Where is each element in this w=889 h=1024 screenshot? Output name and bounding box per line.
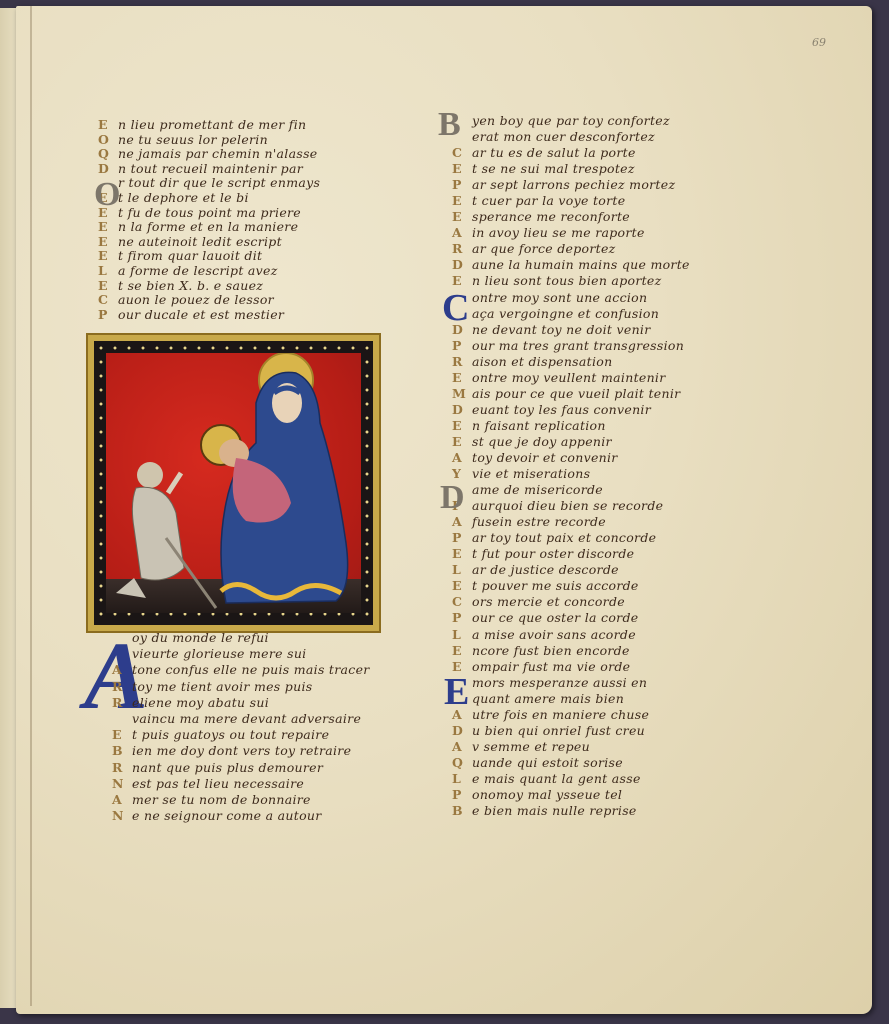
text-line: Autre fois en maniere chuse bbox=[452, 707, 690, 723]
text-line: Yvie et miserations bbox=[452, 466, 690, 482]
line-initial: P bbox=[452, 610, 472, 626]
line-text: utre fois en maniere chuse bbox=[472, 707, 649, 722]
line-text: euant toy les faus convenir bbox=[472, 402, 651, 417]
large-initial-d: D bbox=[440, 479, 465, 517]
left-column-top-text: En lieu promettant de mer finOne tu seuu… bbox=[98, 117, 320, 321]
text-line: Daune la humain mains que morte bbox=[452, 257, 690, 273]
text-line: Du bien qui onriel fust creu bbox=[452, 723, 690, 739]
line-text: t firom quar lauoit dit bbox=[118, 248, 262, 263]
text-line: Quande qui estoit sorise bbox=[452, 755, 690, 771]
line-initial: D bbox=[452, 723, 472, 739]
text-line: Dne devant toy ne doit venir bbox=[452, 322, 690, 338]
line-initial: E bbox=[452, 643, 472, 659]
line-initial: R bbox=[112, 695, 132, 711]
line-text: tone confus elle ne puis mais tracer bbox=[132, 662, 370, 677]
text-line: Be bien mais nulle reprise bbox=[452, 803, 690, 819]
line-text: vie et miserations bbox=[472, 466, 590, 481]
line-initial: E bbox=[452, 434, 472, 450]
line-initial: E bbox=[452, 193, 472, 209]
line-text: t cuer par la voye torte bbox=[472, 193, 625, 208]
line-initial: R bbox=[112, 679, 132, 695]
line-initial: P bbox=[452, 338, 472, 354]
line-text: quant amere mais bien bbox=[472, 691, 624, 706]
text-line: oy du monde le refui bbox=[112, 630, 370, 646]
line-text: aça vergoingne et confusion bbox=[472, 306, 659, 321]
text-line: Eompair fust ma vie orde bbox=[452, 659, 690, 675]
text-line: Et puis guatoys ou tout repaire bbox=[112, 727, 370, 743]
line-text: ar de justice descorde bbox=[472, 562, 619, 577]
line-initial: A bbox=[452, 450, 472, 466]
text-line: yen boy que par toy confortez bbox=[452, 113, 690, 129]
text-line: r tout dir que le script enmays bbox=[98, 175, 320, 190]
text-line: Atoy devoir et convenir bbox=[452, 450, 690, 466]
line-initial: Q bbox=[452, 755, 472, 771]
line-text: mors mesperanze aussi en bbox=[472, 675, 647, 690]
text-line: Ne ne seignour come a autour bbox=[112, 808, 370, 824]
line-text: t se bien X. b. e sauez bbox=[118, 278, 263, 293]
line-initial: M bbox=[452, 386, 472, 402]
text-line: Et se ne sui mal trespotez bbox=[452, 161, 690, 177]
text-line: quant amere mais bien bbox=[452, 691, 690, 707]
line-initial: E bbox=[98, 117, 118, 133]
line-initial: L bbox=[452, 627, 472, 643]
text-line: erat mon cuer desconfortez bbox=[452, 129, 690, 145]
large-initial-b: B bbox=[438, 106, 461, 144]
line-text: ien me doy dont vers toy retraire bbox=[132, 743, 351, 758]
line-initial: C bbox=[452, 594, 472, 610]
line-text: mer se tu nom de bonnaire bbox=[132, 792, 311, 807]
line-text: n faisant replication bbox=[472, 418, 606, 433]
line-text: ame de misericorde bbox=[472, 482, 603, 497]
line-initial: A bbox=[452, 225, 472, 241]
line-text: est pas tel lieu necessaire bbox=[132, 776, 304, 791]
line-initial: E bbox=[452, 578, 472, 594]
text-line: Nest pas tel lieu necessaire bbox=[112, 776, 370, 792]
text-line: Qne jamais par chemin n'alasse bbox=[98, 146, 320, 161]
line-text: ontre moy sont une accion bbox=[472, 290, 647, 305]
text-line: Dn tout recueil maintenir par bbox=[98, 161, 320, 176]
line-text: t fut pour oster discorde bbox=[472, 546, 634, 561]
line-text: v semme et repeu bbox=[472, 739, 590, 754]
text-line: En la forme et en la maniere bbox=[98, 219, 320, 234]
line-text: u bien qui onriel fust creu bbox=[472, 723, 645, 738]
line-text: t pouver me suis accorde bbox=[472, 578, 639, 593]
line-text: ne jamais par chemin n'alasse bbox=[118, 146, 317, 161]
line-text: t puis guatoys ou tout repaire bbox=[132, 727, 329, 742]
text-line: Amer se tu nom de bonnaire bbox=[112, 792, 370, 808]
line-initial: E bbox=[112, 727, 132, 743]
text-line: Et cuer par la voye torte bbox=[452, 193, 690, 209]
line-initial: A bbox=[112, 662, 132, 678]
line-initial: E bbox=[98, 234, 118, 250]
text-line: Par sept larrons pechiez mortez bbox=[452, 177, 690, 193]
text-line: Ene auteinoit ledit escript bbox=[98, 234, 320, 249]
line-initial: C bbox=[452, 145, 472, 161]
line-text: ar tu es de salut la porte bbox=[472, 145, 636, 160]
line-text: our ma tres grant transgression bbox=[472, 338, 684, 353]
text-line: Mais pour ce que vueil plait tenir bbox=[452, 386, 690, 402]
line-initial: R bbox=[452, 241, 472, 257]
text-line: Rtoy me tient avoir mes puis bbox=[112, 679, 370, 695]
line-text: in avoy lieu se me raporte bbox=[472, 225, 645, 240]
text-line: Et fu de tous point ma priere bbox=[98, 205, 320, 220]
line-initial: A bbox=[452, 739, 472, 755]
line-text: ar que force deportez bbox=[472, 241, 616, 256]
line-text: e ne seignour come a autour bbox=[132, 808, 322, 823]
text-line: Par toy tout paix et concorde bbox=[452, 530, 690, 546]
line-initial: A bbox=[112, 792, 132, 808]
line-text: ar toy tout paix et concorde bbox=[472, 530, 656, 545]
right-column-text: yen boy que par toy confortezerat mon cu… bbox=[452, 113, 690, 819]
text-line: Et se bien X. b. e sauez bbox=[98, 278, 320, 293]
line-text: our ce que oster la corde bbox=[472, 610, 638, 625]
line-initial: E bbox=[98, 278, 118, 294]
text-line: Et firom quar lauoit dit bbox=[98, 248, 320, 263]
text-line: Rar que force deportez bbox=[452, 241, 690, 257]
line-text: sperance me reconforte bbox=[472, 209, 630, 224]
large-initial-o: O bbox=[94, 176, 120, 214]
text-line: En lieu promettant de mer fin bbox=[98, 117, 320, 132]
line-text: n lieu promettant de mer fin bbox=[118, 117, 306, 132]
text-line: Ponomoy mal ysseue tel bbox=[452, 787, 690, 803]
miniature-figures-icon bbox=[106, 353, 365, 617]
line-initial: O bbox=[98, 132, 118, 148]
text-line: Eontre moy veullent maintenir bbox=[452, 370, 690, 386]
line-text: e mais quant la gent asse bbox=[472, 771, 641, 786]
line-text: ar sept larrons pechiez mortez bbox=[472, 177, 675, 192]
line-text: aison et dispensation bbox=[472, 354, 612, 369]
text-line: mors mesperanze aussi en bbox=[452, 675, 690, 691]
line-initial: N bbox=[112, 808, 132, 824]
text-line: Paurquoi dieu bien se recorde bbox=[452, 498, 690, 514]
text-line: One tu seuus lor pelerin bbox=[98, 132, 320, 147]
line-text: ais pour ce que vueil plait tenir bbox=[472, 386, 680, 401]
line-initial: P bbox=[452, 530, 472, 546]
text-line: vieurte glorieuse mere sui bbox=[112, 646, 370, 662]
line-text: erat mon cuer desconfortez bbox=[472, 129, 655, 144]
line-text: ncore fust bien encorde bbox=[472, 643, 630, 658]
line-initial: D bbox=[452, 257, 472, 273]
line-initial: B bbox=[452, 803, 472, 819]
line-initial: E bbox=[452, 161, 472, 177]
line-text: eliene moy abatu sui bbox=[132, 695, 269, 710]
line-text: toy me tient avoir mes puis bbox=[132, 679, 312, 694]
line-text: t fu de tous point ma priere bbox=[118, 205, 301, 220]
line-initial: E bbox=[98, 248, 118, 264]
line-text: e bien mais nulle reprise bbox=[472, 803, 637, 818]
line-text: ompair fust ma vie orde bbox=[472, 659, 630, 674]
large-initial-e-blue: E bbox=[444, 670, 469, 714]
text-line: Av semme et repeu bbox=[452, 739, 690, 755]
line-initial: D bbox=[98, 161, 118, 177]
text-line: La forme de lescript avez bbox=[98, 263, 320, 278]
text-line: La mise avoir sans acorde bbox=[452, 627, 690, 643]
text-line: Et pouver me suis accorde bbox=[452, 578, 690, 594]
line-text: yen boy que par toy confortez bbox=[472, 113, 670, 128]
line-initial: L bbox=[98, 263, 118, 279]
line-text: ontre moy veullent maintenir bbox=[472, 370, 666, 385]
text-line: Pour ce que oster la corde bbox=[452, 610, 690, 626]
line-initial: D bbox=[452, 402, 472, 418]
text-line: Pour ducale et est mestier bbox=[98, 307, 320, 322]
line-initial: P bbox=[98, 307, 118, 323]
line-text: aurquoi dieu bien se recorde bbox=[472, 498, 663, 513]
line-initial: N bbox=[112, 776, 132, 792]
miniature-red-field bbox=[106, 353, 361, 613]
line-initial: R bbox=[452, 354, 472, 370]
line-initial: B bbox=[112, 743, 132, 759]
text-line: Rnant que puis plus demourer bbox=[112, 760, 370, 776]
line-text: uande qui estoit sorise bbox=[472, 755, 623, 770]
line-initial: R bbox=[112, 760, 132, 776]
text-line: Et le dephore et le bi bbox=[98, 190, 320, 205]
line-text: ne devant toy ne doit venir bbox=[472, 322, 651, 337]
text-line: Bien me doy dont vers toy retraire bbox=[112, 743, 370, 759]
text-line: En faisant replication bbox=[452, 418, 690, 434]
line-initial: L bbox=[452, 771, 472, 787]
line-initial: P bbox=[452, 787, 472, 803]
text-line: Ain avoy lieu se me raporte bbox=[452, 225, 690, 241]
text-line: Car tu es de salut la porte bbox=[452, 145, 690, 161]
text-line: ame de misericorde bbox=[452, 482, 690, 498]
text-line: Cors mercie et concorde bbox=[452, 594, 690, 610]
line-initial: C bbox=[98, 292, 118, 308]
text-line: Afusein estre recorde bbox=[452, 514, 690, 530]
text-line: ontre moy sont une accion bbox=[452, 290, 690, 306]
line-text: oy du monde le refui bbox=[132, 630, 269, 645]
line-initial: P bbox=[452, 177, 472, 193]
text-line: Et fut pour oster discorde bbox=[452, 546, 690, 562]
line-text: aune la humain mains que morte bbox=[472, 257, 690, 272]
text-line: Encore fust bien encorde bbox=[452, 643, 690, 659]
line-text: nant que puis plus demourer bbox=[132, 760, 323, 775]
text-line: vaincu ma mere devant adversaire bbox=[112, 711, 370, 727]
line-initial: E bbox=[452, 370, 472, 386]
line-initial: L bbox=[452, 562, 472, 578]
line-text: ors mercie et concorde bbox=[472, 594, 625, 609]
line-text: t le dephore et le bi bbox=[118, 190, 249, 205]
line-text: a mise avoir sans acorde bbox=[472, 627, 636, 642]
line-text: vaincu ma mere devant adversaire bbox=[132, 711, 361, 726]
text-line: Deuant toy les faus convenir bbox=[452, 402, 690, 418]
folio-number: 69 bbox=[812, 36, 826, 49]
text-line: Est que je doy appenir bbox=[452, 434, 690, 450]
text-line: Esperance me reconforte bbox=[452, 209, 690, 225]
text-line: Cauon le pouez de lessor bbox=[98, 292, 320, 307]
text-line: Le mais quant la gent asse bbox=[452, 771, 690, 787]
line-text: fusein estre recorde bbox=[472, 514, 606, 529]
line-text: ne tu seuus lor pelerin bbox=[118, 132, 268, 147]
text-line: Pour ma tres grant transgression bbox=[452, 338, 690, 354]
text-line: Raison et dispensation bbox=[452, 354, 690, 370]
line-initial: E bbox=[98, 219, 118, 235]
line-text: t se ne sui mal trespotez bbox=[472, 161, 635, 176]
line-initial: E bbox=[452, 209, 472, 225]
line-text: toy devoir et convenir bbox=[472, 450, 618, 465]
miniature-virgin-and-child bbox=[86, 333, 381, 633]
line-initial: E bbox=[452, 546, 472, 562]
text-line: aça vergoingne et confusion bbox=[452, 306, 690, 322]
line-text: auon le pouez de lessor bbox=[118, 292, 274, 307]
line-initial: Q bbox=[98, 146, 118, 162]
line-text: n tout recueil maintenir par bbox=[118, 161, 303, 176]
text-line: Reliene moy abatu sui bbox=[112, 695, 370, 711]
page-fold-line bbox=[30, 6, 32, 1006]
line-initial: E bbox=[452, 418, 472, 434]
line-text: onomoy mal ysseue tel bbox=[472, 787, 622, 802]
line-text: vieurte glorieuse mere sui bbox=[132, 646, 306, 661]
left-column-bottom-text: oy du monde le refuivieurte glorieuse me… bbox=[112, 630, 370, 824]
line-text: ne auteinoit ledit escript bbox=[118, 234, 282, 249]
text-line: En lieu sont tous bien aportez bbox=[452, 273, 690, 289]
line-text: st que je doy appenir bbox=[472, 434, 612, 449]
line-text: r tout dir que le script enmays bbox=[118, 175, 320, 190]
line-text: our ducale et est mestier bbox=[118, 307, 284, 322]
line-text: n lieu sont tous bien aportez bbox=[472, 273, 662, 288]
line-text: n la forme et en la maniere bbox=[118, 219, 298, 234]
line-text: a forme de lescript avez bbox=[118, 263, 278, 278]
text-line: Atone confus elle ne puis mais tracer bbox=[112, 662, 370, 678]
large-initial-c-blue: C bbox=[442, 286, 469, 330]
text-line: Lar de justice descorde bbox=[452, 562, 690, 578]
